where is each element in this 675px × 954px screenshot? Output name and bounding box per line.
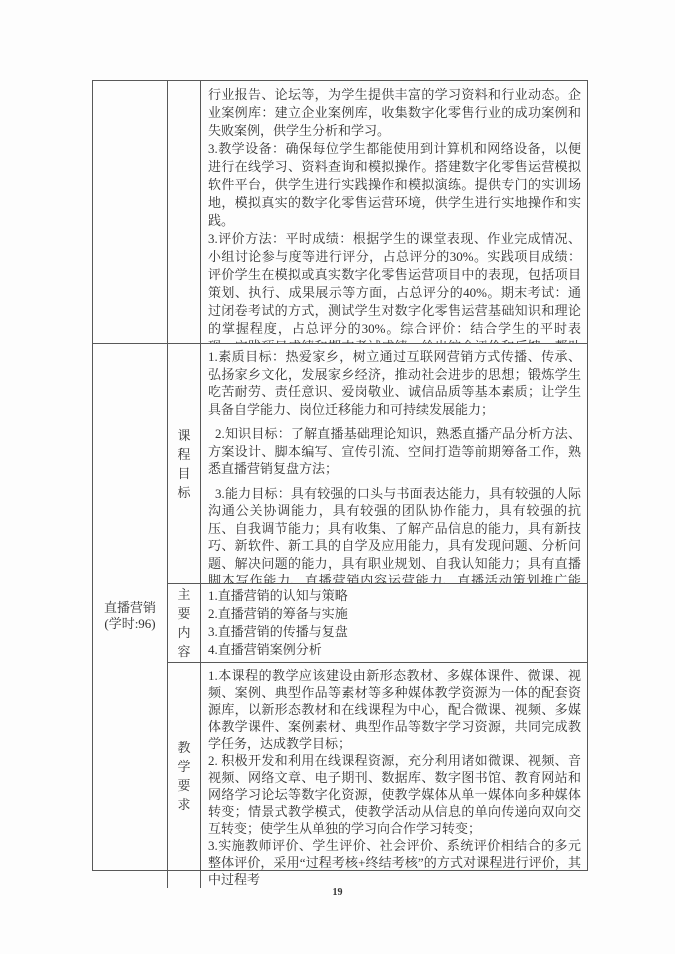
continuation-content-cell: 行业报告、论坛等，为学生提供丰富的学习资料和行业动态。企业案例库：建立企业案例库… <box>201 81 587 343</box>
section-label-objectives: 课程目标 <box>177 426 191 502</box>
content-list-item: 1.直播营销的认知与策略 <box>208 587 581 605</box>
subrow-objectives: 课程目标 1.素质目标：热爱家乡，树立通过互联网营销方式传播、传承、弘扬家乡文化… <box>168 344 587 584</box>
course-subsections: 课程目标 1.素质目标：热爱家乡，树立通过互联网营销方式传播、传承、弘扬家乡文化… <box>168 344 587 888</box>
course-hours: (学时:96) <box>104 616 155 632</box>
course-name: 直播营销 <box>104 600 156 616</box>
section-label-cell-main-content: 主要内容 <box>168 584 201 662</box>
section-label-requirements: 教学要求 <box>177 738 191 814</box>
subrow-main-content: 主要内容 1.直播营销的认知与策略 2.直播营销的筹备与实施 3.直播营销的传播… <box>168 584 587 663</box>
requirements-paragraph: 1.本课程的教学应该建设由新形态教材、多媒体课件、微课、视频、案例、典型作品等素… <box>208 667 581 752</box>
content-list-item: 2.直播营销的筹备与实施 <box>208 605 581 623</box>
content-list-item: 4.直播营销案例分析 <box>208 641 581 659</box>
requirements-content-cell: 1.本课程的教学应该建设由新形态教材、多媒体课件、微课、视频、案例、典型作品等素… <box>201 663 587 888</box>
course-table: 行业报告、论坛等，为学生提供丰富的学习资料和行业动态。企业案例库：建立企业案例库… <box>92 80 588 871</box>
table-row-continuation: 行业报告、论坛等，为学生提供丰富的学习资料和行业动态。企业案例库：建立企业案例库… <box>93 81 587 344</box>
subrow-teaching-requirements: 教学要求 1.本课程的教学应该建设由新形态教材、多媒体课件、微课、视频、案例、典… <box>168 663 587 888</box>
section-label-main-content: 主要内容 <box>177 585 191 661</box>
page-number: 19 <box>0 887 675 898</box>
requirements-paragraph: 2. 积极开发和利用在线课程资源，充分利用诸如微课、视频、音视频、网络文章、电子… <box>208 752 581 837</box>
section-label-cell-objectives: 课程目标 <box>168 344 201 583</box>
objectives-paragraph: 2.知识目标：了解直播基础理论知识，熟悉直播产品分析方法、方案设计、脚本编写、宣… <box>208 425 581 478</box>
course-name-cell: 直播营销 (学时:96) <box>93 344 168 888</box>
continuation-paragraph: 3.评价方法：平时成绩：根据学生的课堂表现、作业完成情况、小组讨论参与度等进行评… <box>208 230 581 343</box>
document-page: 行业报告、论坛等，为学生提供丰富的学习资料和行业动态。企业案例库：建立企业案例库… <box>0 0 675 954</box>
objectives-content-cell: 1.素质目标：热爱家乡，树立通过互联网营销方式传播、传承、弘扬家乡文化，发展家乡… <box>201 344 587 583</box>
requirements-paragraph: 3.实施教师评价、学生评价、社会评价、系统评价相结合的多元整体评价，采用“过程考… <box>208 837 581 888</box>
section-label-cell-empty <box>168 81 201 343</box>
continuation-paragraph: 行业报告、论坛等，为学生提供丰富的学习资料和行业动态。企业案例库：建立企业案例库… <box>208 86 581 140</box>
table-row-course: 直播营销 (学时:96) 课程目标 1.素质目标：热爱家乡，树立通过互联网营销方… <box>93 344 587 888</box>
objectives-paragraph: 1.素质目标：热爱家乡，树立通过互联网营销方式传播、传承、弘扬家乡文化，发展家乡… <box>208 348 581 418</box>
content-list-item: 3.直播营销的传播与复盘 <box>208 623 581 641</box>
continuation-paragraph: 3.教学设备：确保每位学生都能使用到计算机和网络设备，以便进行在线学习、资料查询… <box>208 140 581 230</box>
section-label-cell-requirements: 教学要求 <box>168 663 201 888</box>
main-content-cell: 1.直播营销的认知与策略 2.直播营销的筹备与实施 3.直播营销的传播与复盘 4… <box>201 584 587 662</box>
objectives-paragraph: 3.能力目标：具有较强的口头与书面表达能力，具有较强的人际沟通公关协调能力，具有… <box>208 485 581 584</box>
course-cell-empty <box>93 81 168 343</box>
